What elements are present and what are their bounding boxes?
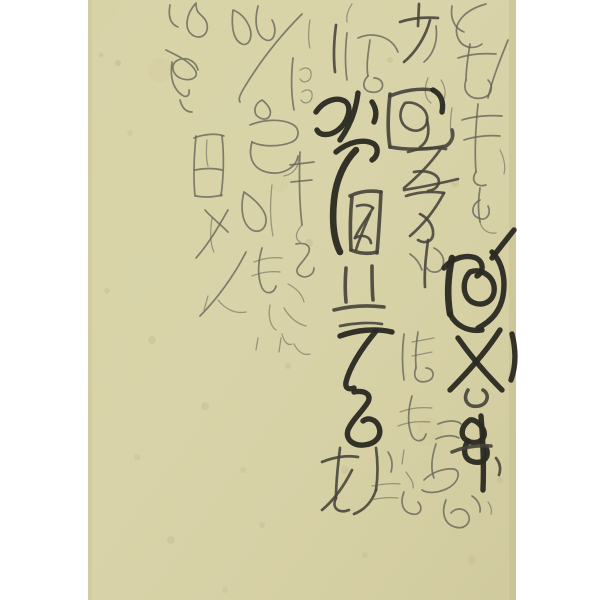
paper-sheet	[88, 0, 516, 600]
calligraphy-photo: Aged yellow-green paper photographed wit…	[0, 0, 600, 600]
calligraphy-artwork	[0, 0, 600, 600]
